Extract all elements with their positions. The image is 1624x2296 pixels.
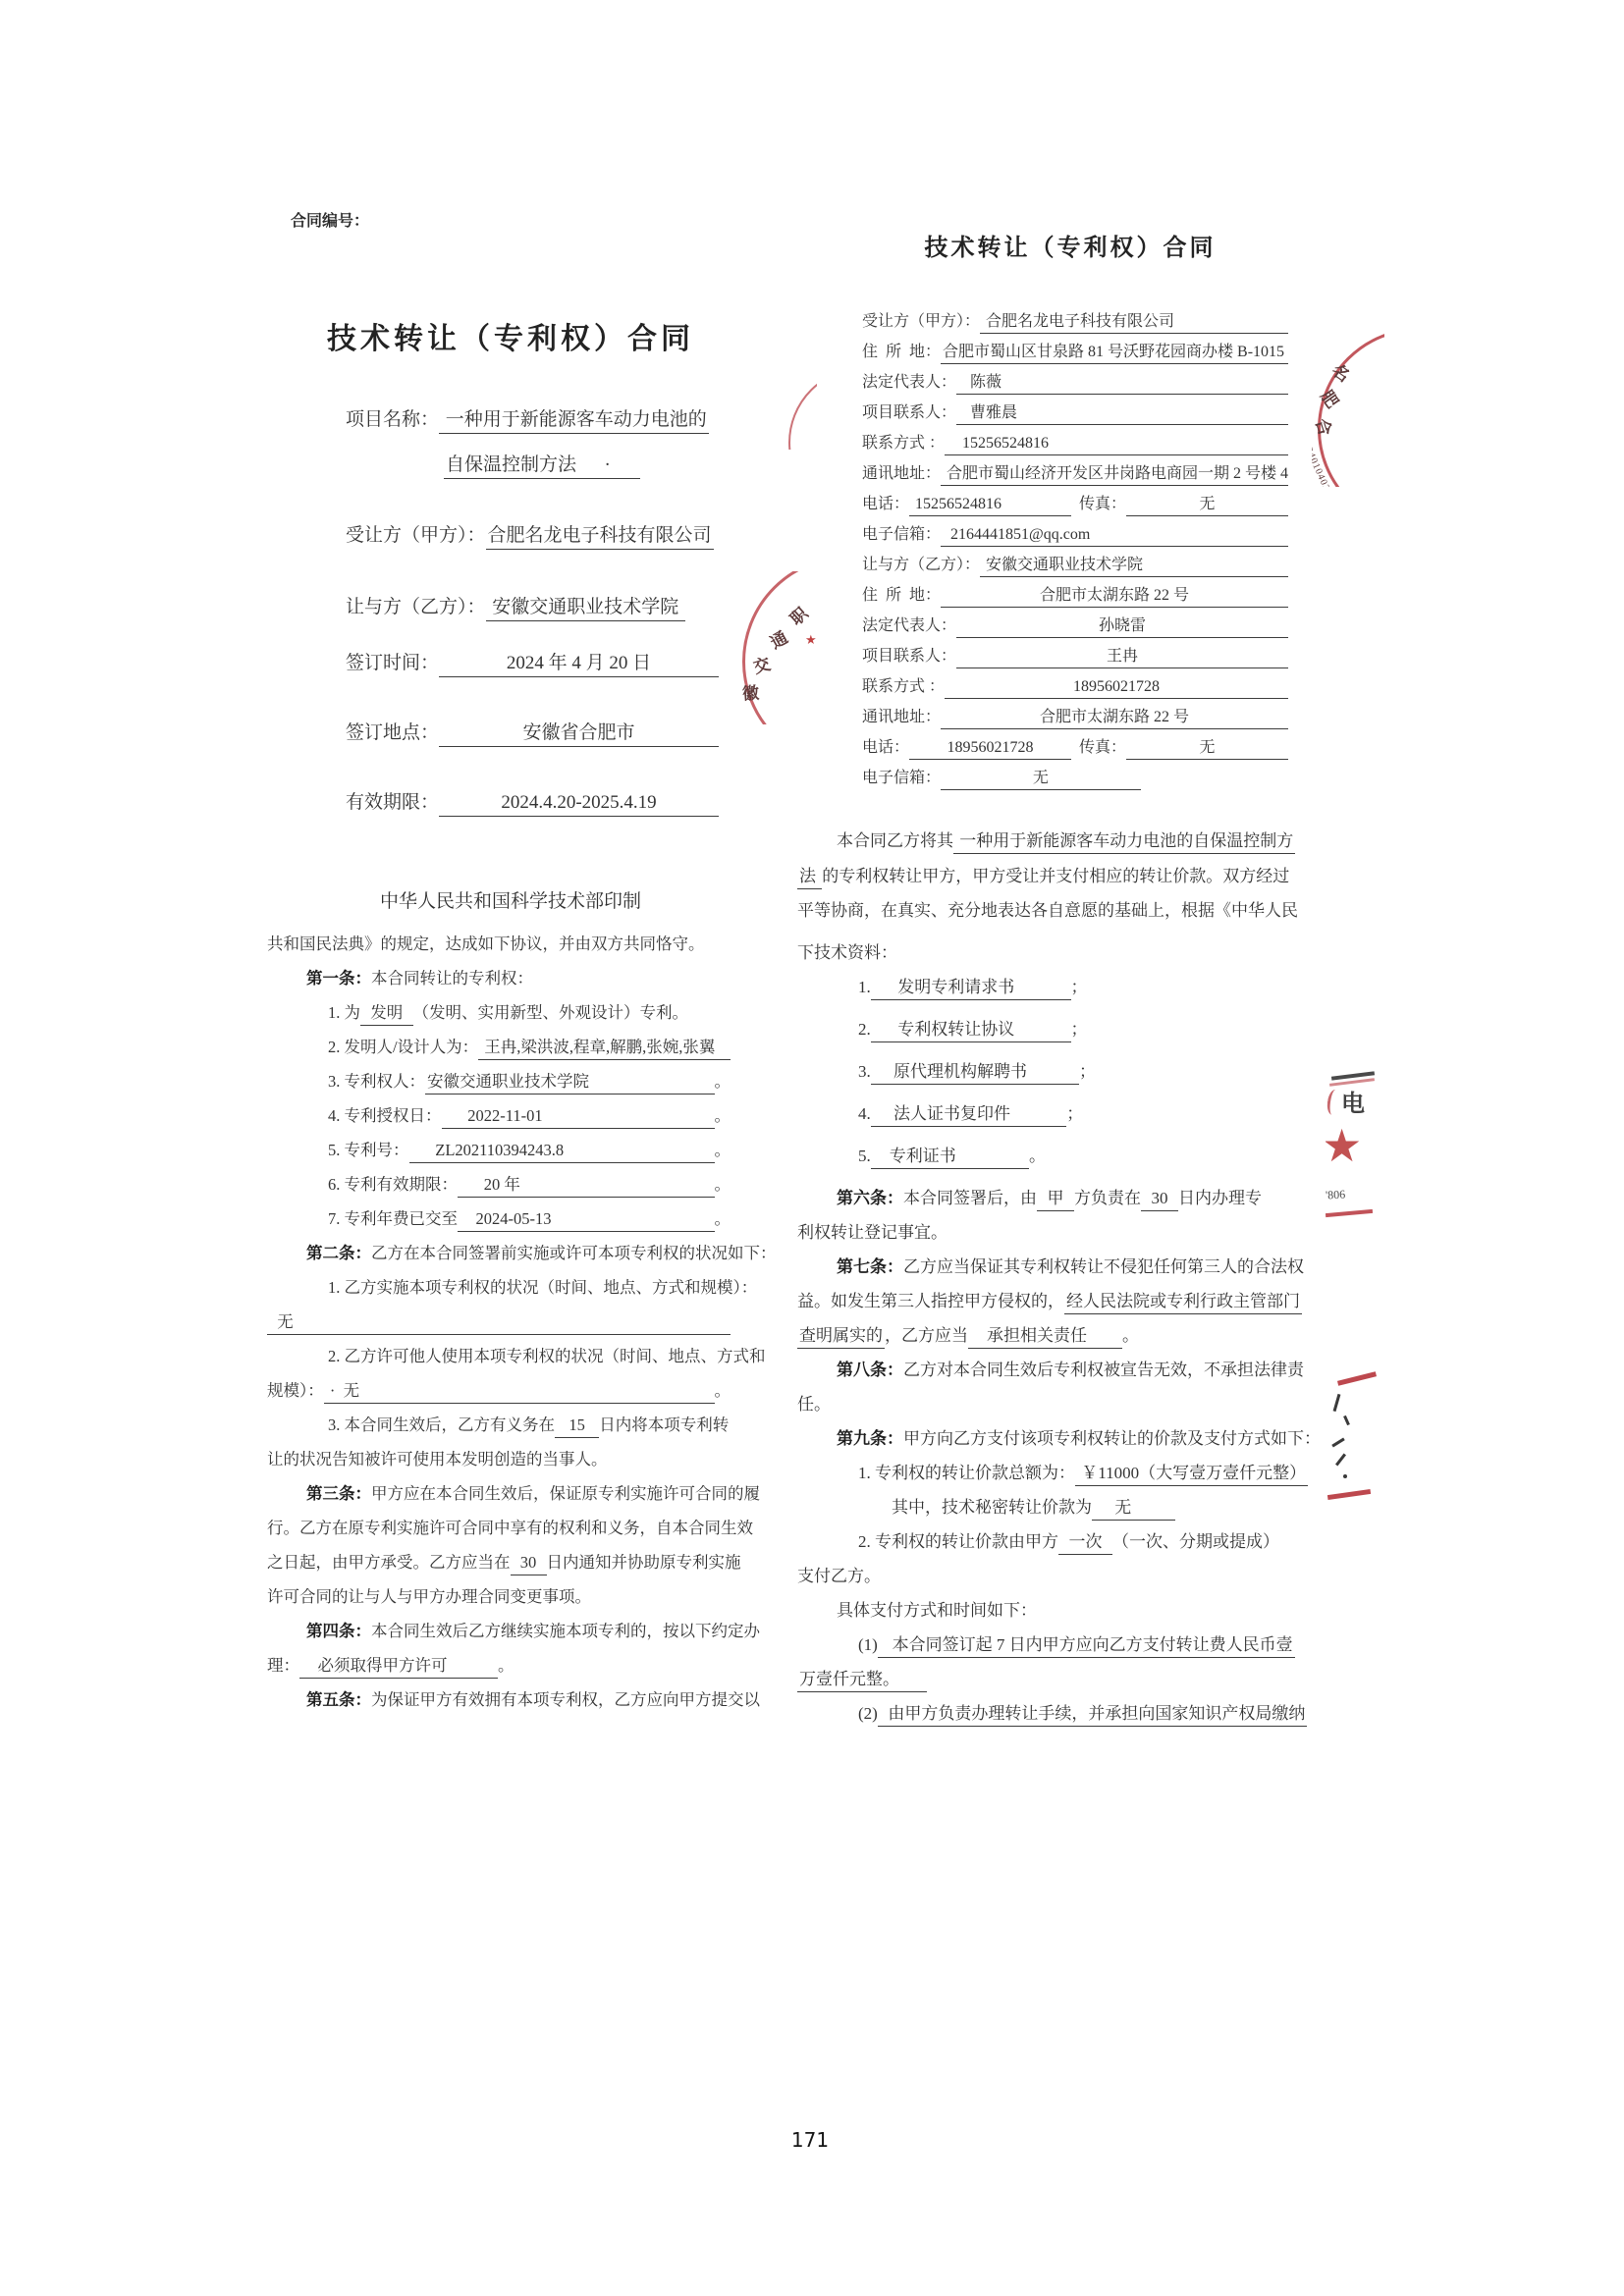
right-party-info: 受让方（甲方）： 合肥名龙电子科技有限公司 住 所 地：合肥市蜀山区甘泉路 81…: [862, 308, 1288, 795]
text-line: (1) 本合同签订起 7 日内甲方应向乙方支付转让费人民币壹: [797, 1630, 1332, 1665]
seal-edge-mark: [1331, 1071, 1375, 1080]
text-line: 联系方式 ： 15256524816: [862, 430, 1288, 460]
text-line: 3. 原代理机构解聘书 ；: [797, 1057, 1332, 1099]
right-page-title: 技术转让（专利权）合同: [825, 228, 1316, 262]
text-line: 1. 专利权的转让价款总额为： ￥11000（大写壹万壹仟元整）: [797, 1459, 1332, 1493]
red-stroke: [1337, 1371, 1377, 1386]
text-line: 共和国民法典》的规定，达成如下协议，并由双方共同恪守。: [267, 931, 731, 965]
text-line: 本合同乙方将其 一种用于新能源客车动力电池的自保温控制方: [797, 827, 1332, 862]
text-line: 电话：18956021728 传真：无: [862, 734, 1288, 765]
text-line: 万壹仟元整。: [797, 1665, 1332, 1699]
text-line: 具体支付方式和时间如下：: [797, 1596, 1332, 1630]
seal-character: 电: [1341, 1084, 1365, 1118]
text-line: 第三条：甲方应在本合同生效后，保证原专利实施许可合同的履: [267, 1480, 731, 1515]
red-ink-marks-right-edge: [1327, 1370, 1380, 1520]
text-line: 让与方（乙方）： 安徽交通职业技术学院: [862, 552, 1288, 582]
text-line: 自保温控制方法 ·: [346, 450, 719, 495]
left-page-title: 技术转让（专利权）合同: [275, 314, 746, 357]
text-line: (2) 由甲方负责办理转让手续，并承担向国家知识产权局缴纳: [797, 1699, 1332, 1734]
printed-by-note: 中华人民共和国科学技术部印制: [275, 886, 746, 913]
text-line: 第六条：本合同签署后，由 甲 方负责在 30 日内办理专: [797, 1184, 1332, 1218]
text-line: 3. 专利权人：安徽交通职业技术学院。: [267, 1068, 731, 1102]
seal-ring: [742, 571, 833, 724]
text-line: 2. 乙方许可他人使用本项专利权的状况（时间、地点、方式和: [267, 1343, 731, 1377]
text-line: 让与方（乙方）： 安徽交通职业技术学院: [346, 592, 719, 637]
red-seal-left-mid-partial: 职 通 交 徽 ★: [729, 571, 833, 724]
text-line: 益。如发生第三人指控甲方侵权的，经人民法院或专利行政主管部门: [797, 1287, 1332, 1321]
text-line: 3. 本合同生效后，乙方有义务在 15 日内将本项专利转: [267, 1412, 731, 1446]
text-line: 下技术资料：: [797, 938, 1332, 973]
left-page-body: 共和国民法典》的规定，达成如下协议，并由双方共同恪守。第一条：本合同转让的专利权…: [267, 931, 731, 1721]
seal-serial-number: 340104021: [1312, 446, 1334, 487]
left-cover-fields: 项目名称： 一种用于新能源客车动力电池的自保温控制方法 · 受让方（甲方）：合肥…: [346, 404, 719, 832]
seal-character: 徽: [741, 678, 760, 704]
text-line: 理： 必须取得甲方许可 。: [267, 1652, 731, 1686]
text-line: 有效期限：2024.4.20-2025.4.19: [346, 787, 719, 832]
text-line: 第一条：本合同转让的专利权：: [267, 965, 731, 999]
page-number: 171: [776, 2128, 844, 2152]
text-line: 5. 专利号： ZL202110394243.8。: [267, 1137, 731, 1171]
text-line: 规模）： · 无。: [267, 1377, 731, 1412]
pen-mark: [1343, 1474, 1347, 1478]
text-line: 住 所 地：合肥市蜀山区甘泉路 81 号沃野花园商办楼 B-1015: [862, 339, 1288, 369]
text-line: 1. 乙方实施本项专利权的状况（时间、地点、方式和规模）：: [267, 1274, 731, 1308]
text-line: 2. 专利权转让协议 ；: [797, 1015, 1332, 1057]
contract-number-label: 合同编号：: [291, 208, 369, 231]
pen-mark: [1333, 1394, 1341, 1412]
text-line: 6. 专利有效期限： 20 年。: [267, 1171, 731, 1205]
text-line: 5. 专利证书 。: [797, 1142, 1332, 1184]
text-line: 电话： 15256524816 传真：无: [862, 491, 1288, 521]
pen-mark: [1335, 1454, 1346, 1467]
text-line: 项目名称： 一种用于新能源客车动力电池的: [346, 404, 719, 450]
red-seal-right-mid-partial: 电 ★ '806: [1326, 1066, 1380, 1233]
text-line: 法 的专利权转让甲方，甲方受让并支付相应的转让价款。双方经过: [797, 862, 1332, 897]
text-line: 2. 专利权的转让价款由甲方 一次 （一次、分期或提成）: [797, 1527, 1332, 1562]
text-line: 签订地点：安徽省合肥市: [346, 718, 719, 763]
text-line: 行。乙方在原专利实施许可合同中享有的权利和义务，自本合同生效: [267, 1515, 731, 1549]
red-seal-arc-fragment: [784, 365, 817, 450]
seal-character: 肥: [1316, 384, 1345, 411]
text-line: 受让方（甲方）： 合肥名龙电子科技有限公司: [862, 308, 1288, 339]
text-line: 让的状况告知被许可使用本发明创造的当事人。: [267, 1446, 731, 1480]
text-line: 电子信箱：无: [862, 765, 1288, 795]
seal-character: 合: [1312, 415, 1339, 439]
text-line: 1. 发明专利请求书 ；: [797, 973, 1332, 1015]
text-line: 之日起，由甲方承受。乙方应当在 30 日内通知并协助原专利实施: [267, 1549, 731, 1583]
text-line: 许可合同的让与人与甲方办理合同变更事项。: [267, 1583, 731, 1618]
text-line: 支付乙方。: [797, 1562, 1332, 1596]
text-line: 电子信箱： 2164441851@qq.com: [862, 521, 1288, 552]
text-line: 项目联系人： 曹雅晨: [862, 400, 1288, 430]
text-line: 联系方式 ：18956021728: [862, 673, 1288, 704]
text-line: 签订时间：2024 年 4 月 20 日: [346, 648, 719, 693]
right-intro-paragraph: 本合同乙方将其 一种用于新能源客车动力电池的自保温控制方法 的专利权转让甲方，甲…: [797, 827, 1332, 932]
text-line: 利权转让登记事宜。: [797, 1218, 1332, 1253]
text-line: 2. 发明人/设计人为： 王冉,梁洪波,程章,解鹏,张婉,张翼: [267, 1034, 731, 1068]
seal-character: 名: [1327, 356, 1355, 386]
seal-character: 通: [765, 623, 791, 653]
seal-character: 职: [784, 601, 812, 630]
seal-ring: [1318, 328, 1384, 487]
seal-edge-mark: [1326, 1209, 1373, 1217]
text-line: 1. 为 发明 （发明、实用新型、外观设计）专利。: [267, 999, 731, 1034]
seal-ring: [788, 367, 817, 450]
text-line: 法定代表人： 陈薇: [862, 369, 1288, 400]
text-line: 第九条：甲方向乙方支付该项专利权转让的价款及支付方式如下：: [797, 1424, 1332, 1459]
text-line: 受让方（甲方）：合肥名龙电子科技有限公司: [346, 520, 719, 565]
text-line: 第七条：乙方应当保证其专利权转让不侵犯任何第三人的合法权: [797, 1253, 1332, 1287]
text-line: 平等协商，在真实、充分地表达各自意愿的基础上，根据《中华人民: [797, 896, 1332, 932]
pen-mark: [1331, 1438, 1344, 1448]
text-line: 通讯地址： 合肥市蜀山经济开发区井岗路电商园一期 2 号楼 4 楼: [862, 460, 1288, 491]
text-line: 查明属实的，乙方应当 承担相关责任 。: [797, 1321, 1332, 1356]
seal-star-icon: ★: [805, 632, 817, 648]
text-line: 4. 专利授权日： 2022-11-01。: [267, 1102, 731, 1137]
seal-edge-mark: [1329, 1078, 1375, 1087]
text-line: 第八条：乙方对本合同生效后专利权被宣告无效，不承担法律责: [797, 1356, 1332, 1390]
text-line: 其中，技术秘密转让价款为 无: [797, 1493, 1332, 1527]
red-stroke: [1327, 1489, 1371, 1500]
red-seal-top-right-partial: 名 肥 合 340104021: [1312, 322, 1384, 487]
text-line: 项目联系人：王冉: [862, 643, 1288, 673]
text-line: 通讯地址：合肥市太湖东路 22 号: [862, 704, 1288, 734]
text-line: 无: [267, 1308, 731, 1343]
text-line: 7. 专利年费已交至 2024-05-13。: [267, 1205, 731, 1240]
pen-mark: [1343, 1415, 1350, 1425]
text-line: 第四条：本合同生效后乙方继续实施本项专利的，按以下约定办: [267, 1618, 731, 1652]
right-page-body: 下技术资料：1. 发明专利请求书 ；2. 专利权转让协议 ；3. 原代理机构解聘…: [797, 938, 1332, 1734]
text-line: 法定代表人：孙晓雷: [862, 613, 1288, 643]
text-line: 任。: [797, 1390, 1332, 1424]
text-line: 住 所 地：合肥市太湖东路 22 号: [862, 582, 1288, 613]
text-line: 第二条：乙方在本合同签署前实施或许可本项专利权的状况如下：: [267, 1240, 731, 1274]
text-line: 4. 法人证书复印件 ；: [797, 1099, 1332, 1142]
seal-character: 交: [750, 650, 773, 678]
text-line: 第五条：为保证甲方有效拥有本项专利权，乙方应向甲方提交以: [267, 1686, 731, 1721]
